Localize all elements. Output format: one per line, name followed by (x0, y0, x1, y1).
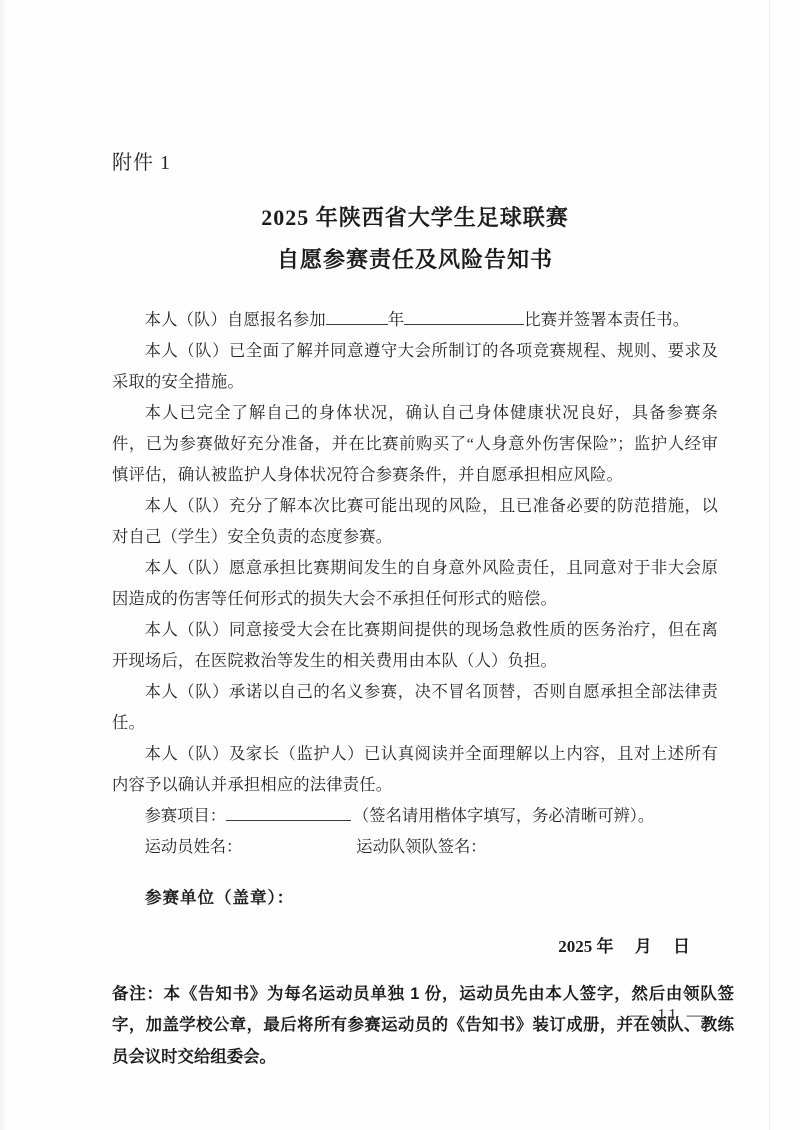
body-paragraph-medical: 本人（队）同意接受大会在比赛期间提供的现场急救性质的医务治疗，但在离开现场后，在… (112, 614, 718, 676)
registration-prefix: 本人（队）自愿报名参加 (145, 310, 326, 329)
year-blank-field (326, 310, 388, 325)
project-blank-field (226, 806, 351, 821)
signature-fields-row: 运动员姓名：运动队领队签名： (112, 831, 718, 862)
scanned-document-page: 附件 1 2025 年陕西省大学生足球联赛 自愿参赛责任及风险告知书 本人（队）… (0, 0, 800, 1130)
registration-suffix: 比赛并签署本责任书。 (524, 310, 689, 329)
body-paragraph-rules: 本人（队）已全面了解并同意遵守大会所制订的各项竞赛规程、规则、要求及采取的安全措… (112, 335, 718, 397)
competition-blank-field (404, 310, 524, 325)
body-paragraph-liability: 本人（队）愿意承担比赛期间发生的自身意外风险责任，且同意对于非大会原因造成的伤害… (112, 552, 718, 614)
scan-left-edge-shading (0, 0, 7, 1130)
body-paragraph-health: 本人已完全了解自己的身体状况，确认自己身体健康状况良好，具备参赛条件，已为参赛做… (112, 397, 718, 490)
document-body: 本人（队）自愿报名参加年比赛并签署本责任书。 本人（队）已全面了解并同意遵守大会… (112, 304, 718, 1073)
unit-seal-label: 参赛单位（盖章）： (112, 883, 718, 914)
registration-line: 本人（队）自愿报名参加年比赛并签署本责任书。 (112, 304, 718, 335)
body-paragraph-risk-awareness: 本人（队）充分了解本次比赛可能出现的风险，且已准备必要的防范措施，以对自己（学生… (112, 490, 718, 552)
body-paragraph-identity: 本人（队）承诺以自己的名义参赛，决不冒名顶替，否则自愿承担全部法律责任。 (112, 676, 718, 738)
team-leader-signature-label: 运动队领队签名： (356, 837, 486, 856)
project-field-note: （签名请用楷体字填写，务必清晰可辨）。 (353, 806, 654, 825)
document-title-line2: 自愿参赛责任及风险告知书 (112, 243, 718, 274)
scan-right-edge-line (769, 0, 770, 1130)
page-number: — 11 — (630, 1005, 707, 1025)
athlete-name-label: 运动员姓名： (145, 837, 243, 856)
remark-text: 备注：本《告知书》为每名运动员单独 1 份，运动员先由本人签字，然后由领队签字，… (112, 979, 734, 1074)
year-label: 年 (388, 310, 404, 329)
project-field-row: 参赛项目：（签名请用楷体字填写，务必清晰可辨）。 (112, 800, 718, 831)
document-title-line1: 2025 年陕西省大学生足球联赛 (112, 201, 718, 232)
attachment-label: 附件 1 (112, 146, 718, 175)
project-field-label: 参赛项目： (145, 806, 226, 825)
body-paragraph-confirmation: 本人（队）及家长（监护人）已认真阅读并全面理解以上内容，且对上述所有内容予以确认… (112, 738, 718, 800)
date-line: 2025 年 月 日 (112, 931, 718, 962)
document-content: 附件 1 2025 年陕西省大学生足球联赛 自愿参赛责任及风险告知书 本人（队）… (112, 146, 718, 1089)
